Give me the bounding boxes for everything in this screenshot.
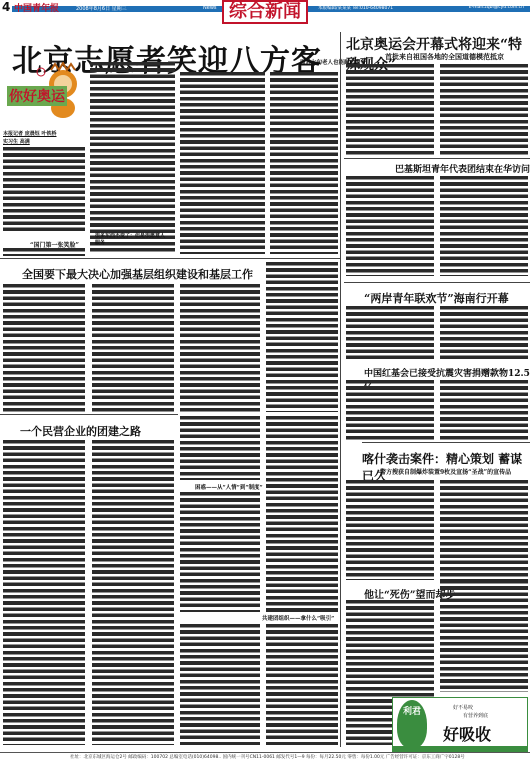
private-subhead-2: 共建团组织——拿什么”吸引”	[262, 614, 334, 622]
column-divider	[340, 32, 341, 747]
paper-logo: 中国青年报	[14, 1, 59, 14]
page-header: 4 中国青年报 2008年8月6日 星期三 News 综合新闻 本版编辑/某某某…	[0, 0, 530, 27]
private-body-col2	[92, 440, 174, 745]
divider	[0, 414, 178, 415]
party-body-col2	[92, 284, 174, 412]
divider	[362, 442, 530, 443]
cross-strait-headline: “两岸青年联欢节”海南行开幕	[364, 290, 509, 306]
cross-strait-body-col1	[346, 306, 434, 362]
byline-intern: 实习生 高满	[3, 138, 30, 145]
pakistan-body-col1	[346, 176, 434, 276]
ad-brand: 利君	[397, 700, 427, 748]
lead-body-col1	[3, 147, 85, 232]
page-number: 4	[2, 0, 10, 14]
party-headline: 全国要下最大决心加强基层组织建设和基层工作	[22, 266, 253, 282]
lead-body-col1b	[3, 248, 85, 256]
email-link[interactable]: E-mail:zqbl@cyd.com.cn	[469, 5, 524, 10]
private-body-col3b	[180, 492, 260, 612]
ad-tagline-1: 好不易咬	[453, 704, 473, 711]
divider	[344, 158, 530, 159]
ad-bottom-bar	[393, 746, 527, 751]
editor-info: 本版编辑/某某某 Tel:010-64098071	[318, 5, 393, 11]
issue-date: 2008年8月6日 星期三	[76, 5, 127, 12]
news-label: News	[203, 5, 217, 11]
cross-strait-body-col2	[440, 306, 528, 362]
private-subhead-1: 困惑——从“人情”到“制度”	[195, 483, 263, 491]
olympics-subheadline: 首批来自祖国各地的全国道德模范抵京	[385, 52, 504, 62]
kashgar-body-col1	[346, 480, 434, 580]
advertisement[interactable]: 利君 好不易咬 有营养到底 好吸收	[392, 697, 528, 752]
olympics-body-col2	[440, 64, 528, 156]
remember-body-col2	[440, 580, 528, 692]
pakistan-headline: 巴基斯坦青年代表团结束在华访问	[395, 162, 530, 175]
olympics-body-col1	[346, 64, 434, 156]
kashgar-body-col2	[440, 480, 528, 580]
section-title: 综合新闻	[222, 0, 308, 24]
lead-body-col2	[90, 62, 175, 254]
pakistan-body-col2	[440, 176, 528, 276]
page-footer: 社址：北京东城区海运仓2号 邮政编码：100702 总编室电话(010)6409…	[0, 752, 530, 763]
private-body-col1	[3, 440, 85, 745]
private-headline: 一个民营企业的团建之路	[20, 423, 141, 439]
kashgar-subheadline: 警方搜获自制爆炸装置9枚及宣扬“圣战”的宣传品	[380, 467, 511, 476]
mascot-caption: 你好奥运	[7, 86, 67, 106]
lead-body-col4	[270, 72, 338, 254]
byline-reporters: 本报记者 庞晨钰 叶铁桥	[3, 130, 56, 137]
private-body-col4a	[266, 416, 338, 612]
private-body-col3a	[180, 416, 260, 480]
party-body-col4	[266, 262, 338, 412]
lead-body-col3	[180, 72, 265, 254]
ad-tagline-2: 有营养到底	[463, 712, 488, 719]
ad-slogan: 好吸收	[443, 722, 491, 745]
party-body-col1	[3, 284, 85, 412]
private-body-col4b	[266, 624, 338, 745]
divider	[344, 282, 530, 283]
divider	[0, 258, 340, 259]
lead-subhead-2: 很多东西不变了：但是很愿意人服务	[95, 232, 165, 246]
redcross-body-col1	[346, 380, 434, 440]
private-body-col3c	[180, 624, 260, 745]
redcross-body-col2	[440, 380, 528, 440]
party-body-col3	[180, 284, 260, 412]
